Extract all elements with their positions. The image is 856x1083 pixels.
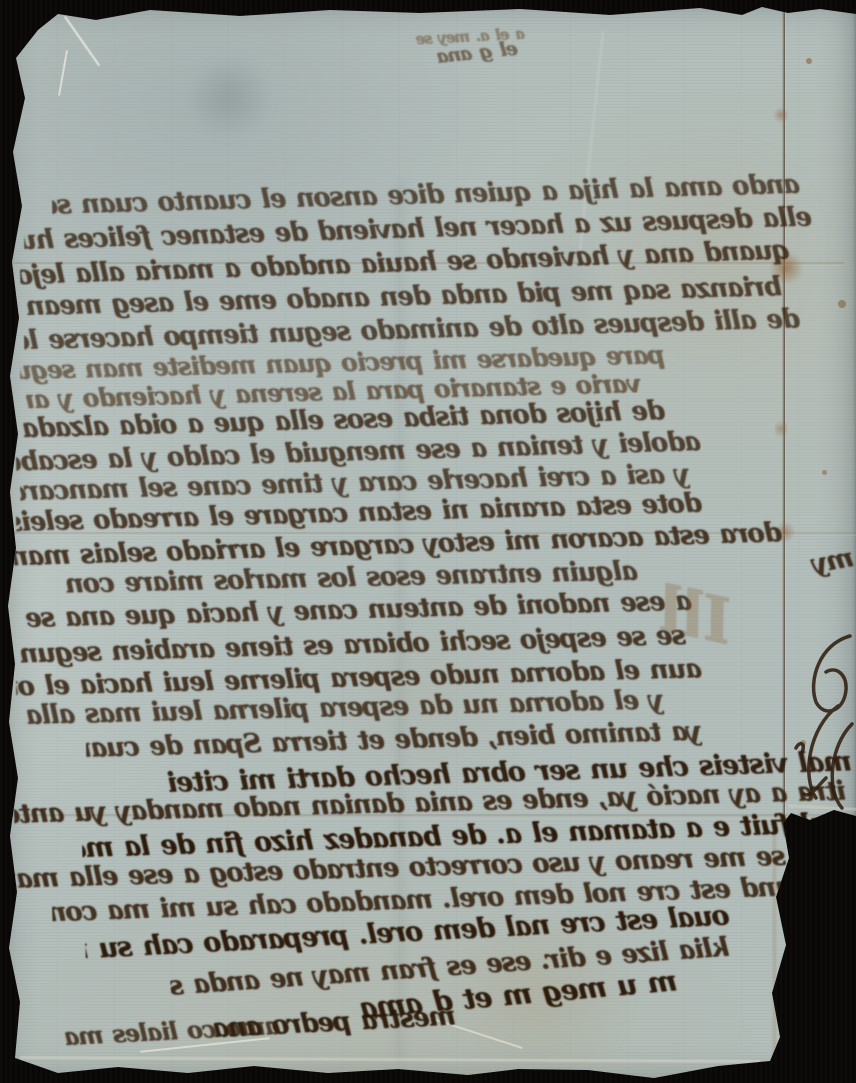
letter-sheet: a el a. mey seel g anaando ama la hija a… bbox=[0, 0, 856, 1083]
scan-photo: a el a. mey seel g anaando ama la hija a… bbox=[0, 0, 856, 1083]
manuscript-line: my bbox=[790, 543, 856, 584]
ink-flourish bbox=[786, 628, 856, 813]
ink-layer: a el a. mey seel g anaando ama la hija a… bbox=[0, 0, 856, 1083]
manuscript-line: amo co liales ma bbox=[39, 1012, 280, 1053]
